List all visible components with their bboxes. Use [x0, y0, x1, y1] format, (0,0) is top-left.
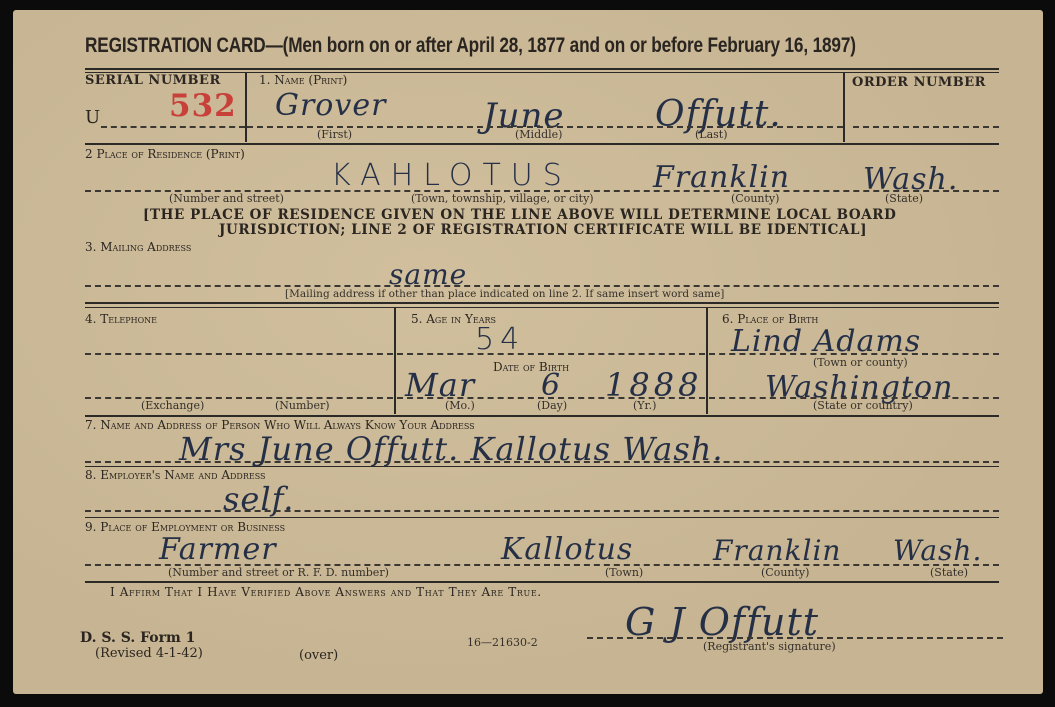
rule-4	[85, 466, 999, 467]
top-rule	[85, 68, 999, 70]
signature-caption: (Registrant's signature)	[703, 640, 836, 653]
employment-county: Franklin	[713, 534, 841, 567]
form-revised: (Revised 4-1-42)	[95, 646, 203, 661]
serial-line	[101, 126, 245, 128]
rule-5	[85, 517, 999, 518]
registration-card: REGISTRATION CARD—(Men born on or after …	[13, 10, 1043, 694]
caption-first: (First)	[317, 128, 352, 141]
caption-rfd: (Number and street or R. F. D. number)	[168, 566, 389, 579]
telephone-label: 4. Telephone	[85, 312, 157, 326]
print-code: 16—21630-2	[467, 636, 538, 649]
rule-1	[85, 143, 999, 145]
employer-line	[85, 510, 999, 512]
rule-6	[85, 581, 999, 583]
rule-2	[85, 302, 999, 304]
caption-month: (Mo.)	[445, 399, 475, 412]
rule-3	[85, 415, 999, 417]
employment-town: Kallotus	[501, 532, 633, 567]
age-divider	[706, 308, 708, 414]
residence-town: KAHLOTUS	[331, 158, 572, 193]
serial-divider	[245, 72, 247, 142]
name-label: 1. Name (Print)	[259, 73, 347, 87]
serial-number-label: SERIAL NUMBER	[85, 73, 221, 88]
card-title: REGISTRATION CARD—(Men born on or after …	[85, 34, 856, 58]
caption-exchange: (Exchange)	[141, 399, 204, 412]
employment-street: Farmer	[159, 532, 277, 567]
caption-state: (State)	[885, 192, 923, 205]
residence-label: 2 Place of Residence (Print)	[85, 147, 245, 161]
caption-town: (Town, township, village, or city)	[411, 192, 594, 205]
caption-tel-number: (Number)	[275, 399, 330, 412]
caption-year: (Yr.)	[633, 399, 656, 412]
caption-emp-town: (Town)	[605, 566, 643, 579]
employer-value: self.	[223, 480, 294, 518]
caption-town-county: (Town or county)	[813, 356, 908, 369]
employment-state: Wash.	[893, 534, 982, 567]
jurisdiction-notice-1: [THE PLACE OF RESIDENCE GIVEN ON THE LIN…	[143, 207, 896, 223]
caption-last: (Last)	[695, 128, 728, 141]
caption-middle: (Middle)	[515, 128, 562, 141]
order-number-line	[853, 126, 999, 128]
jurisdiction-notice-2: JURISDICTION; LINE 2 OF REGISTRATION CER…	[219, 222, 867, 238]
signature-line	[587, 637, 1003, 639]
birthplace-town-line	[709, 353, 999, 355]
over-note: (over)	[299, 648, 338, 663]
top-rule-thin	[85, 72, 999, 73]
order-number-label: ORDER NUMBER	[852, 75, 986, 90]
age-line	[397, 353, 705, 355]
serial-number-stamp: 532	[169, 88, 237, 124]
form-name: D. S. S. Form 1	[80, 630, 195, 646]
name-first: Grover	[275, 88, 386, 123]
caption-street: (Number and street)	[169, 192, 284, 205]
telephone-line-1	[85, 353, 393, 355]
telephone-line-2	[85, 397, 393, 399]
mailing-caption: [Mailing address if other than place ind…	[285, 288, 724, 300]
age-value: 54	[475, 322, 525, 357]
contact-line	[85, 461, 999, 463]
serial-prefix: U	[85, 107, 100, 128]
rule-2-thin	[85, 307, 999, 308]
mailing-address-label: 3. Mailing Address	[85, 240, 191, 254]
caption-emp-state: (State)	[930, 566, 968, 579]
mailing-line	[85, 285, 999, 287]
caption-emp-county: (County)	[761, 566, 809, 579]
caption-state-country: (State or country)	[813, 399, 913, 412]
caption-day: (Day)	[537, 399, 567, 412]
caption-county: (County)	[731, 192, 779, 205]
affirmation-text: I Affirm That I Have Verified Above Answ…	[110, 585, 542, 599]
order-divider	[843, 72, 845, 142]
telephone-divider	[394, 308, 396, 414]
